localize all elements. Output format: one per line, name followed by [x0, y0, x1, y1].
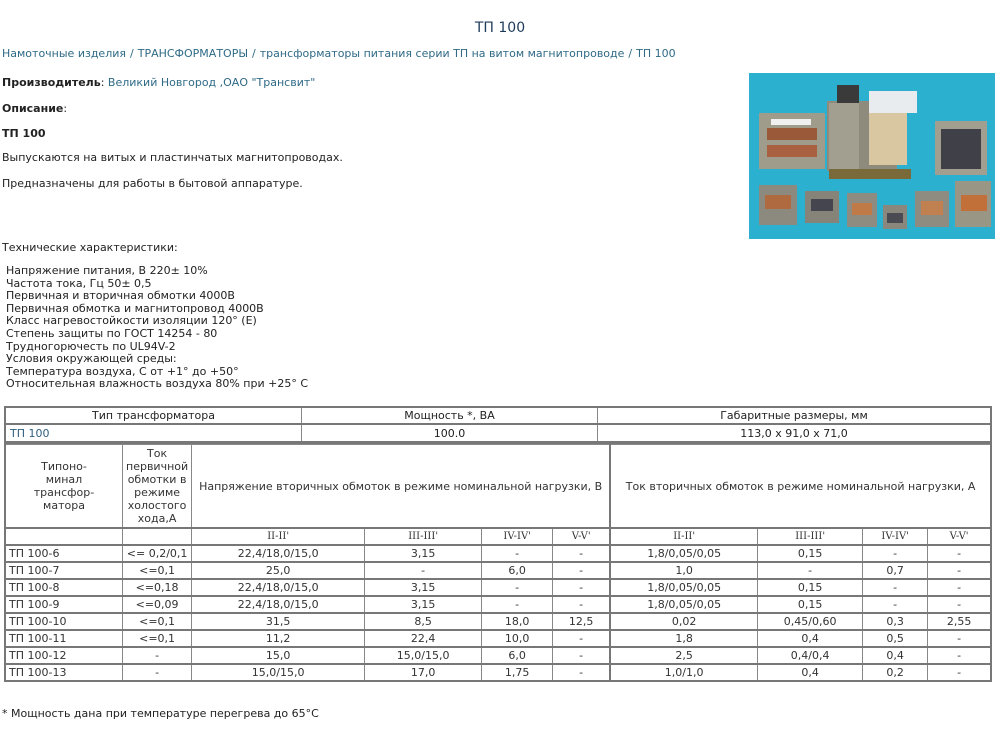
table-cell: -	[758, 562, 863, 579]
table-cell: -	[482, 579, 553, 596]
table-cell: 2,5	[610, 647, 758, 664]
spec-item: Условия окружающей среды:	[6, 353, 308, 366]
cell-model: ТП 100-13	[5, 664, 123, 681]
summary-table: Тип трансформатора Мощность *, ВА Габари…	[4, 406, 992, 444]
table-cell: 15,0/15,0	[365, 647, 482, 664]
table-cell: 1,8/0,05/0,05	[610, 596, 758, 613]
subheader-v-3: III-III'	[365, 528, 482, 545]
table-cell: 15,0/15,0	[192, 664, 365, 681]
table-cell: 3,15	[365, 596, 482, 613]
page-title: ТП 100	[0, 20, 1000, 36]
breadcrumb-current: ТП 100	[636, 47, 675, 60]
header-power: Мощность *, ВА	[302, 407, 598, 424]
table-cell: 22,4/18,0/15,0	[192, 579, 365, 596]
header-line: первичной	[126, 460, 188, 473]
subheader-i-2: II-II'	[610, 528, 758, 545]
table-row: ТП 100-9<=0,0922,4/18,0/15,03,15--1,8/0,…	[5, 596, 991, 613]
table-cell: 10,0	[482, 630, 553, 647]
subheader-row: II-II' III-III' IV-IV' V-V' II-II' III-I…	[5, 528, 991, 545]
product-photo	[749, 73, 995, 239]
spec-item: Относительная влажность воздуха 80% при …	[6, 378, 308, 391]
table-cell: -	[928, 647, 991, 664]
cell-model: ТП 100-7	[5, 562, 123, 579]
cell-model: ТП 100-9	[5, 596, 123, 613]
table-cell: -	[928, 596, 991, 613]
manufacturer: Производитель: Великий Новгород ,ОАО "Тр…	[2, 76, 315, 89]
transformers-illustration	[749, 73, 995, 239]
header-line: холостого	[126, 499, 188, 512]
table-cell: -	[365, 562, 482, 579]
header-line: обмотки в	[126, 473, 188, 486]
description-line-1: Выпускаются на витых и пластинчатых магн…	[2, 151, 343, 164]
table-cell: 2,55	[928, 613, 991, 630]
table-cell: -	[123, 647, 192, 664]
spec-item: Напряжение питания, В 220± 10%	[6, 265, 308, 278]
table-cell: -	[553, 579, 611, 596]
table-cell: 0,4	[863, 647, 928, 664]
table-cell: 17,0	[365, 664, 482, 681]
table-cell: -	[123, 664, 192, 681]
table-cell: 25,0	[192, 562, 365, 579]
table-cell: 0,5	[863, 630, 928, 647]
table-cell: 12,5	[553, 613, 611, 630]
table-cell: 8,5	[365, 613, 482, 630]
breadcrumb-separator: /	[628, 47, 632, 60]
table-row: ТП 100-8<=0,1822,4/18,0/15,03,15--1,8/0,…	[5, 579, 991, 596]
table-cell: <=0,1	[123, 613, 192, 630]
table-cell: 1,8/0,05/0,05	[610, 579, 758, 596]
table-cell: <=0,1	[123, 630, 192, 647]
header-line: Ток	[126, 447, 188, 460]
breadcrumb-separator: /	[130, 47, 134, 60]
table-cell: 0,2	[863, 664, 928, 681]
table-row: ТП 100-12-15,015,0/15,06,0-2,50,4/0,40,4…	[5, 647, 991, 664]
table-cell: 0,15	[758, 596, 863, 613]
header-line: матора	[9, 499, 119, 512]
table-cell: -	[863, 545, 928, 562]
table-cell: -	[553, 545, 611, 562]
subheader-i-5: V-V'	[928, 528, 991, 545]
description-label: Описание	[2, 102, 63, 115]
header-nominal-type: Типоно- минал трансфор- матора	[5, 445, 123, 529]
cell-model: ТП 100-11	[5, 630, 123, 647]
breadcrumb-link-transformers[interactable]: ТРАНСФОРМАТОРЫ	[138, 47, 248, 60]
table-cell: -	[553, 664, 611, 681]
detail-rows: ТП 100-6<= 0,2/0,122,4/18,0/15,03,15--1,…	[5, 545, 991, 681]
specs-tables: Тип трансформатора Мощность *, ВА Габари…	[4, 406, 994, 682]
table-cell: 1,8	[610, 630, 758, 647]
table-row: ТП 100-13-15,0/15,017,01,75-1,0/1,00,40,…	[5, 664, 991, 681]
table-cell: -	[553, 630, 611, 647]
table-cell: 1,8/0,05/0,05	[610, 545, 758, 562]
breadcrumb-link-series[interactable]: трансформаторы питания серии ТП на витом…	[260, 47, 625, 60]
table-cell: -	[928, 562, 991, 579]
spec-item: Степень защиты по ГОСТ 14254 - 80	[6, 328, 308, 341]
table-row: ТП 100-6<= 0,2/0,122,4/18,0/15,03,15--1,…	[5, 545, 991, 562]
cell-dimensions: 113,0 x 91,0 x 71,0	[598, 424, 992, 443]
table-cell: 0,02	[610, 613, 758, 630]
table-cell: -	[928, 630, 991, 647]
table-cell: -	[928, 579, 991, 596]
subheader-v-4: IV-IV'	[482, 528, 553, 545]
table-cell: -	[482, 545, 553, 562]
table-cell: -	[928, 664, 991, 681]
table-cell: 1,0	[610, 562, 758, 579]
cell-model: ТП 100-8	[5, 579, 123, 596]
table-cell: 3,15	[365, 579, 482, 596]
cell-model: ТП 100-12	[5, 647, 123, 664]
tech-specs-heading: Технические характеристики:	[2, 241, 178, 254]
table-cell: -	[553, 562, 611, 579]
cell-type[interactable]: ТП 100	[5, 424, 302, 443]
table-cell: -	[553, 647, 611, 664]
breadcrumb-link-winding[interactable]: Намоточные изделия	[2, 47, 126, 60]
subheader-i-3: III-III'	[758, 528, 863, 545]
table-cell: 31,5	[192, 613, 365, 630]
table-cell: 0,4	[758, 664, 863, 681]
table-row: ТП 100-10<=0,131,58,518,012,50,020,45/0,…	[5, 613, 991, 630]
table-cell: 0,4	[758, 630, 863, 647]
tech-specs-list: Напряжение питания, В 220± 10% Частота т…	[6, 265, 308, 391]
header-secondary-current: Ток вторичных обмоток в режиме номинальн…	[610, 445, 991, 529]
breadcrumb-separator: /	[252, 47, 256, 60]
header-line: Типоно-	[9, 460, 119, 473]
subheader-v-2: II-II'	[192, 528, 365, 545]
detail-table: Типоно- минал трансфор- матора Ток перви…	[4, 444, 992, 682]
table-cell: 11,2	[192, 630, 365, 647]
table-row: ТП 100-7<=0,125,0-6,0-1,0-0,7-	[5, 562, 991, 579]
table-cell: 22,4/18,0/15,0	[192, 596, 365, 613]
header-primary-current: Ток первичной обмотки в режиме холостого…	[123, 445, 192, 529]
header-line: хода,А	[126, 512, 188, 525]
product-name: ТП 100	[2, 127, 46, 140]
table-cell: 6,0	[482, 647, 553, 664]
table-row: ТП 100-11<=0,111,222,410,0-1,80,40,5-	[5, 630, 991, 647]
table-cell: 22,4/18,0/15,0	[192, 545, 365, 562]
table-cell: 6,0	[482, 562, 553, 579]
table-cell: 22,4	[365, 630, 482, 647]
table-cell: 0,45/0,60	[758, 613, 863, 630]
header-line: трансфор-	[9, 486, 119, 499]
breadcrumb: Намоточные изделия/ТРАНСФОРМАТОРЫ/трансф…	[2, 47, 676, 60]
subheader-empty	[5, 528, 123, 545]
table-cell: 0,4/0,4	[758, 647, 863, 664]
subheader-i-4: IV-IV'	[863, 528, 928, 545]
description-line-2: Предназначены для работы в бытовой аппар…	[2, 177, 303, 190]
table-cell: -	[482, 596, 553, 613]
cell-power: 100.0	[302, 424, 598, 443]
table-cell: -	[863, 579, 928, 596]
manufacturer-value[interactable]: Великий Новгород ,ОАО "Трансвит"	[108, 76, 315, 89]
subheader-empty	[123, 528, 192, 545]
table-cell: 3,15	[365, 545, 482, 562]
table-cell: <=0,1	[123, 562, 192, 579]
table-cell: -	[863, 596, 928, 613]
table-cell: -	[553, 596, 611, 613]
table-cell: 18,0	[482, 613, 553, 630]
table-cell: 15,0	[192, 647, 365, 664]
footnote: * Мощность дана при температуре перегрев…	[2, 707, 319, 720]
header-line: минал	[9, 473, 119, 486]
subheader-v-5: V-V'	[553, 528, 611, 545]
table-cell: <=0,09	[123, 596, 192, 613]
cell-model: ТП 100-6	[5, 545, 123, 562]
table-cell: 1,75	[482, 664, 553, 681]
table-cell: 0,15	[758, 579, 863, 596]
cell-model: ТП 100-10	[5, 613, 123, 630]
header-type: Тип трансформатора	[5, 407, 302, 424]
table-cell: 1,0/1,0	[610, 664, 758, 681]
manufacturer-label: Производитель	[2, 76, 101, 89]
table-cell: <=0,18	[123, 579, 192, 596]
table-cell: <= 0,2/0,1	[123, 545, 192, 562]
header-line: режиме	[126, 486, 188, 499]
table-cell: 0,7	[863, 562, 928, 579]
spec-item: Первичная и вторичная обмотки 4000В	[6, 290, 308, 303]
header-dimensions: Габаритные размеры, мм	[598, 407, 992, 424]
header-secondary-voltage: Напряжение вторичных обмоток в режиме но…	[192, 445, 611, 529]
table-cell: 0,15	[758, 545, 863, 562]
table-cell: 0,3	[863, 613, 928, 630]
table-cell: -	[928, 545, 991, 562]
description-heading: Описание:	[2, 102, 67, 115]
